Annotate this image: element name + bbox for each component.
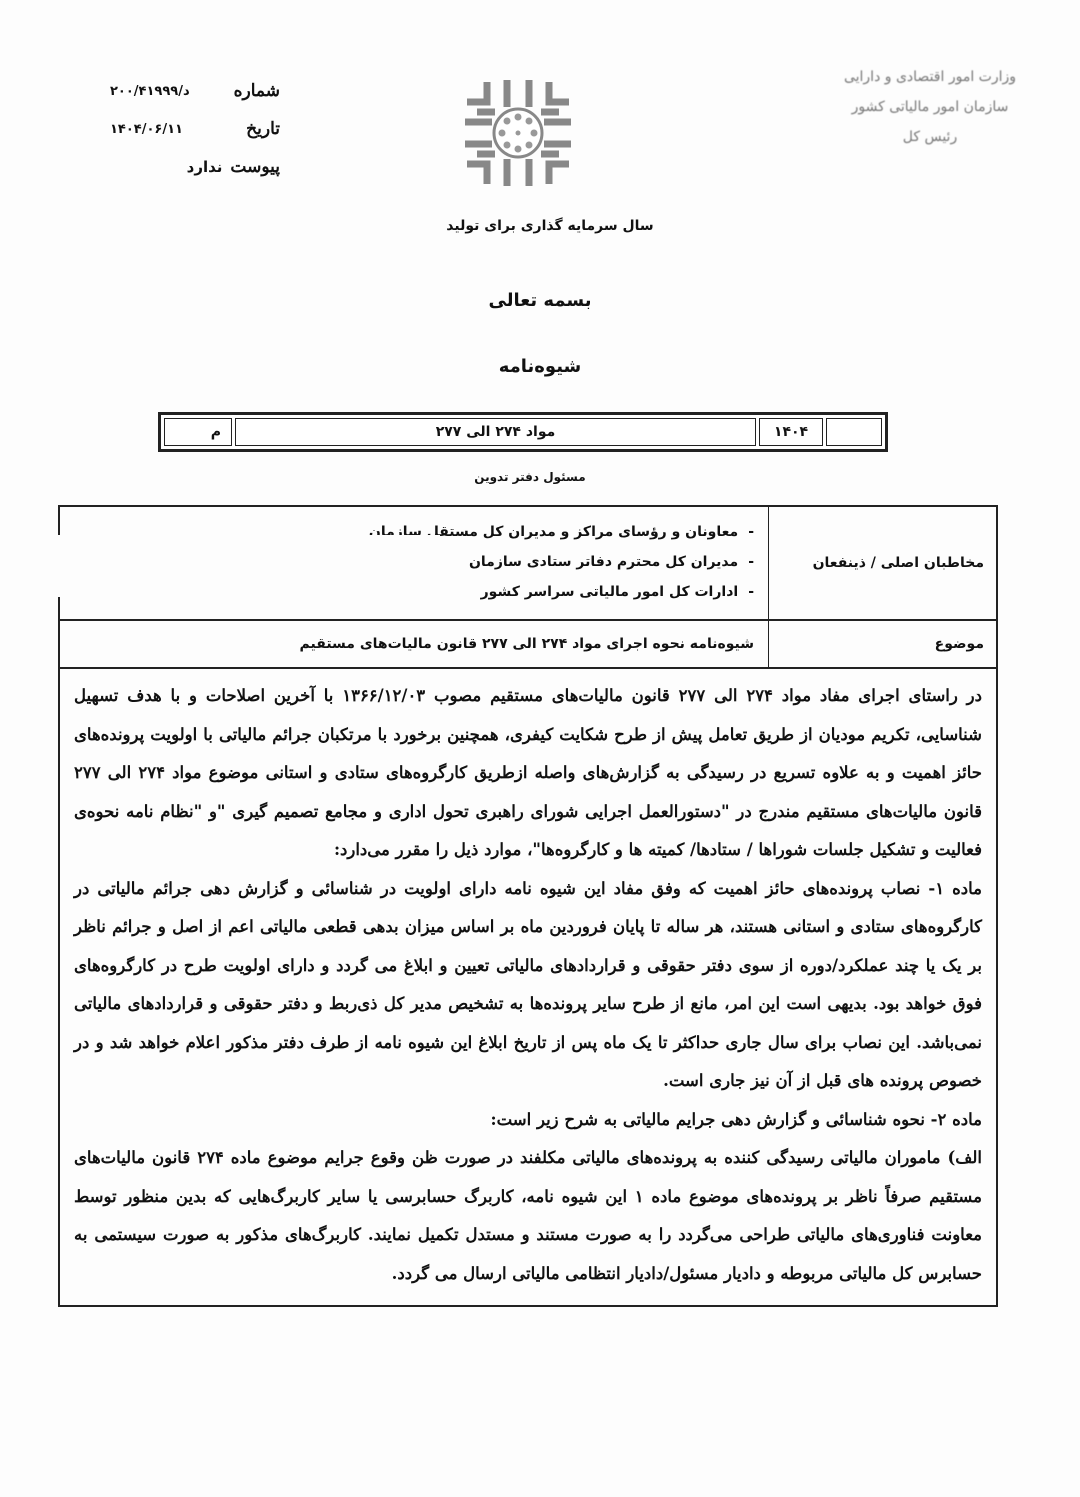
letter-number-value: ۲۰۰/۴۱۹۹۹/د [110, 85, 190, 98]
scan-whiteout [40, 535, 440, 597]
body-paragraph-clause-alef: الف) ماموران مالیاتی رسیدگی کننده به پرو… [74, 1139, 982, 1293]
body-paragraph-article-2: ماده ۲- نحوه شناسائی و گزارش دهی جرایم م… [74, 1101, 982, 1140]
document-code-table: ۱۴۰۴ مواد ۲۷۴ الی ۲۷۷ م [158, 412, 888, 452]
letter-attachment-label: پیوست [230, 159, 280, 176]
letter-date-value: ۱۴۰۴/۰۶/۱۱ [110, 123, 183, 136]
letter-attachment-row: پیوست ندارد [110, 148, 280, 186]
body-text: در راستای اجرای مفاد مواد ۲۷۴ الی ۲۷۷ قا… [60, 669, 996, 1305]
subject-row: موضوع شیوه‌نامه نحوه اجرای مواد ۲۷۴ الی … [60, 621, 996, 669]
body-paragraph-article-1: ماده ۱- نصاب پرونده‌های حائز اهمیت که وف… [74, 870, 982, 1101]
letter-meta: شماره ۲۰۰/۴۱۹۹۹/د تاریخ ۱۴۰۴/۰۶/۱۱ پیوست… [110, 72, 280, 186]
letter-number-row: شماره ۲۰۰/۴۱۹۹۹/د [110, 72, 280, 110]
body-row: در راستای اجرای مفاد مواد ۲۷۴ الی ۲۷۷ قا… [60, 669, 996, 1305]
ministry-line: رئیس کل [820, 122, 1040, 152]
body-paragraph-intro: در راستای اجرای مفاد مواد ۲۷۴ الی ۲۷۷ قا… [74, 677, 982, 870]
organization-emblem-icon [457, 72, 579, 194]
letter-date-row: تاریخ ۱۴۰۴/۰۶/۱۱ [110, 110, 280, 148]
document-type-title: شیوه‌نامه [400, 356, 680, 377]
code-cell-articles: مواد ۲۷۴ الی ۲۷۷ [235, 418, 756, 446]
recipients-label: مخاطبان اصلی / ذینفعان [768, 507, 996, 619]
letter-attachment-value: ندارد [187, 160, 223, 175]
code-cell-year: ۱۴۰۴ [759, 418, 823, 446]
letter-number-label: شماره [234, 83, 280, 100]
ministry-line: وزارت امور اقتصادی و دارایی [820, 62, 1040, 92]
sub-code-label: مسئول دفتر تدوین [380, 470, 680, 484]
ministry-line: سازمان امور مالیاتی کشور [820, 92, 1040, 122]
subject-label: موضوع [768, 621, 996, 667]
ministry-header: وزارت امور اقتصادی و دارایی سازمان امور … [820, 62, 1040, 152]
code-cell-series: م [164, 418, 232, 446]
letter-date-label: تاریخ [246, 121, 280, 138]
year-motto: سال سرمایه گذاری برای تولید [400, 218, 700, 234]
code-cell-empty [826, 418, 882, 446]
document-main-table: مخاطبان اصلی / ذینفعان -معاونان و رؤسای … [58, 505, 998, 1307]
subject-value: شیوه‌نامه نحوه اجرای مواد ۲۷۴ الی ۲۷۷ قا… [60, 621, 768, 667]
bismillah-heading: بسمه تعالی [400, 290, 680, 311]
